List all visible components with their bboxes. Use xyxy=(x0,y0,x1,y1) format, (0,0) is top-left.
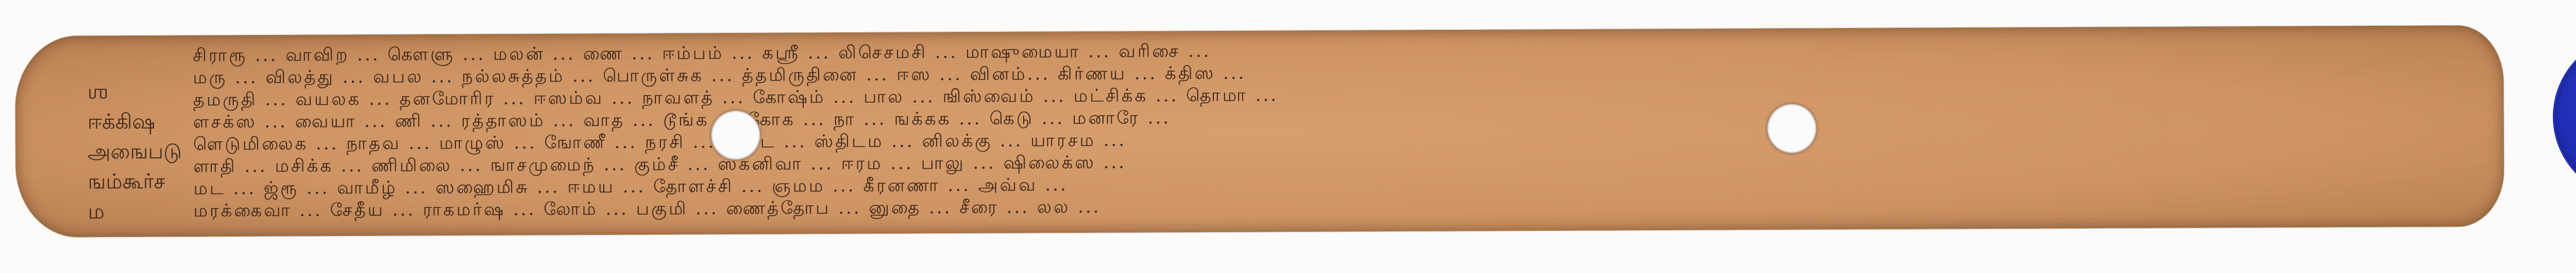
catalog-number-badge: 317 xyxy=(2554,34,2576,199)
string-hole-left xyxy=(711,110,760,160)
manuscript-text: சிராரூ ... வாவிற ... கௌளு ... மலன் ... ண… xyxy=(193,35,2393,222)
palm-leaf: ஶ ஈக்கிஷ அஙைபடு ஙம்கூர்ச ம சிராரூ ... வா… xyxy=(15,25,2504,237)
margin-note: ஶ ஈக்கிஷ அஙைபடு ஙம்கூர்ச ம xyxy=(87,77,180,227)
string-hole-right xyxy=(1767,104,1817,153)
